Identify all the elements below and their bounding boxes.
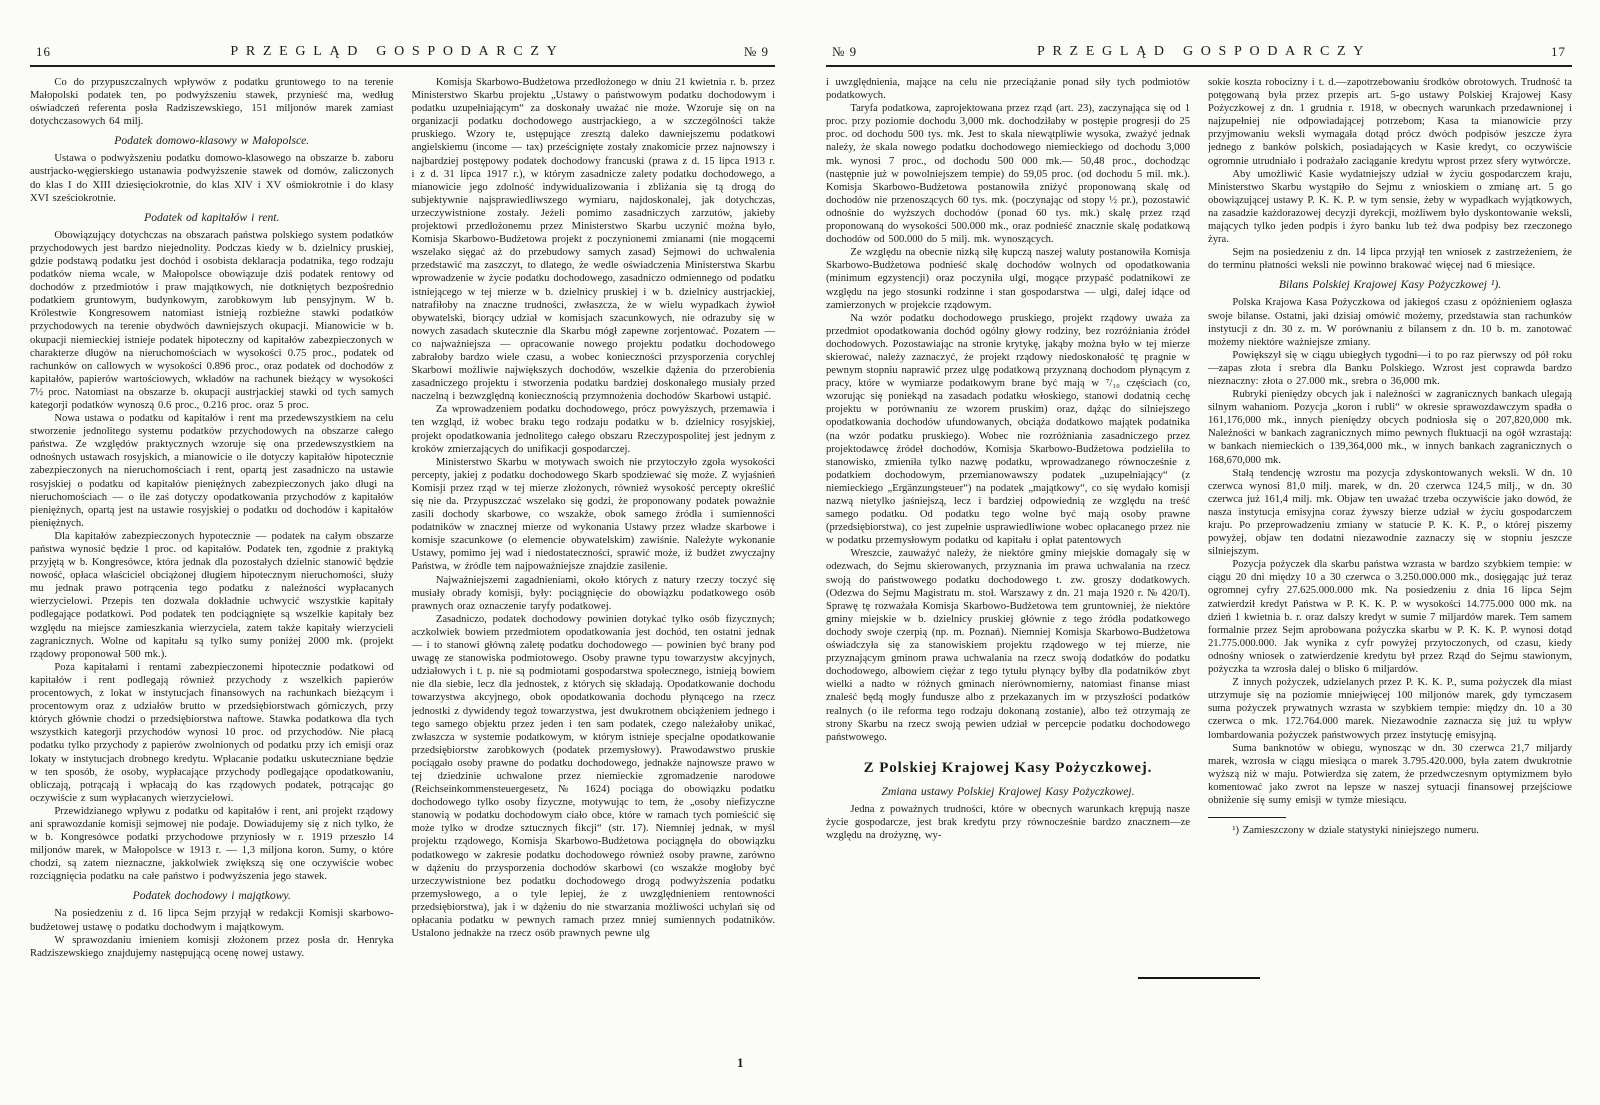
column-4: sokie koszta robocizny i t. d.—zapotrzeb… [1208,76,1572,1066]
body-paragraph: Powiększył się w ciągu ubiegłych tygodni… [1208,349,1572,388]
section-heading: Bilans Polskiej Krajowej Kasy Pożyczkowe… [1208,278,1572,291]
body-paragraph: Najważniejszemi zagadnieniami, około któ… [412,574,776,613]
body-paragraph: Aby umożliwić Kasie wydatniejszy udział … [1208,168,1572,247]
body-paragraph: Rubryki pieniędzy obcych jak i należnośc… [1208,388,1572,467]
body-paragraph: Ustawa o podwyższeniu podatku domowo-kla… [30,152,394,204]
right-page-header: № 9 PRZEGLĄD GOSPODARCZY 17 [826,36,1572,67]
section-heading: Zmiana ustawy Polskiej Krajowej Kasy Poż… [826,785,1190,798]
body-paragraph: Ministerstwo Skarbu w motywach swoich ni… [412,456,776,574]
column-1: Co do przypuszczalnych wpływów z podatku… [30,76,394,1066]
body-paragraph: Pozycja pożyczek dla skarbu państwa wzra… [1208,558,1572,676]
article-title: Z Polskiej Krajowej Kasy Pożyczkowej. [826,760,1190,777]
body-paragraph: Ze względu na obecnie nizką siłę kupczą … [826,246,1190,311]
body-paragraph: Jedna z poważnych trudności, które w obe… [826,803,1190,842]
left-page-columns: Co do przypuszczalnych wpływów z podatku… [30,76,775,1066]
body-paragraph: Obowiązujący dotychczas na obszarach pań… [30,229,394,412]
column-3: i uwzględnienia, mające na celu nie prze… [826,76,1190,1066]
journal-title: PRZEGLĄD GOSPODARCZY [51,44,744,60]
body-paragraph: Sejm na posiedzeniu z dn. 14 lipca przyj… [1208,246,1572,272]
footnote-text: ¹) Zamieszczony w dziale statystyki nini… [1208,824,1572,837]
body-paragraph: W sprawozdaniu imieniem komisji złożonem… [30,934,394,960]
section-heading: Podatek od kapitałów i rent. [30,211,394,224]
issue-number: № 9 [832,44,857,60]
section-heading: Podatek dochodowy i majątkowy. [30,889,394,902]
body-paragraph: Komisja Skarbowo-Budżetowa przedłożonego… [412,76,776,403]
body-paragraph: sokie koszta robocizny i t. d.—zapotrzeb… [1208,76,1572,168]
body-paragraph: Na wzór podatku dochodowego pruskiego, p… [826,312,1190,548]
body-paragraph: Polska Krajowa Kasa Pożyczkowa od jakieg… [1208,296,1572,348]
body-paragraph: Przewidzianego wpływu z podatku od kapit… [30,805,394,884]
body-paragraph: Za wprowadzeniem podatku dochodowego, pr… [412,403,776,455]
body-paragraph: Zasadniczo, podatek dochodowy powinien d… [412,613,776,940]
body-paragraph: Suma banknotów w obiegu, wynosząc w dn. … [1208,742,1572,807]
body-paragraph: Na posiedzeniu z d. 16 lipca Sejm przyją… [30,907,394,933]
right-page-columns: i uwzględnienia, mające na celu nie prze… [826,76,1572,1066]
page-number: 16 [36,44,51,60]
left-page-header: 16 PRZEGLĄD GOSPODARCZY № 9 [30,36,775,67]
body-paragraph: Co do przypuszczalnych wpływów z podatku… [30,76,394,128]
body-paragraph: Z innych pożyczek, udzielanych przez P. … [1208,676,1572,741]
body-paragraph: Poza kapitałami i rentami zabezpieczonem… [30,661,394,805]
printer-signature-mark: 1 [737,1055,744,1071]
body-paragraph: Nowa ustawa o podatku od kapitałów i ren… [30,412,394,530]
body-paragraph: Dla kapitałów zabezpieczonych hypoteczni… [30,530,394,661]
left-page: 16 PRZEGLĄD GOSPODARCZY № 9 Co do przypu… [30,36,775,1066]
page-number: 17 [1551,44,1566,60]
right-page: № 9 PRZEGLĄD GOSPODARCZY 17 i uwzględnie… [826,36,1572,1066]
body-paragraph: Stałą tendencję wzrostu ma pozycja zdysk… [1208,467,1572,559]
journal-title: PRZEGLĄD GOSPODARCZY [857,44,1551,60]
section-heading: Podatek domowo-klasowy w Małopolsce. [30,134,394,147]
issue-number: № 9 [744,44,769,60]
body-paragraph: Taryfa podatkowa, zaprojektowana przez r… [826,102,1190,246]
column-2: Komisja Skarbowo-Budżetowa przedłożonego… [412,76,776,1066]
body-paragraph: i uwzględnienia, mające na celu nie prze… [826,76,1190,102]
divider-rule-artifact [1138,977,1260,979]
footnote-separator [1208,817,1286,818]
body-paragraph: Wreszcie, zauważyć należy, że niektóre g… [826,547,1190,743]
